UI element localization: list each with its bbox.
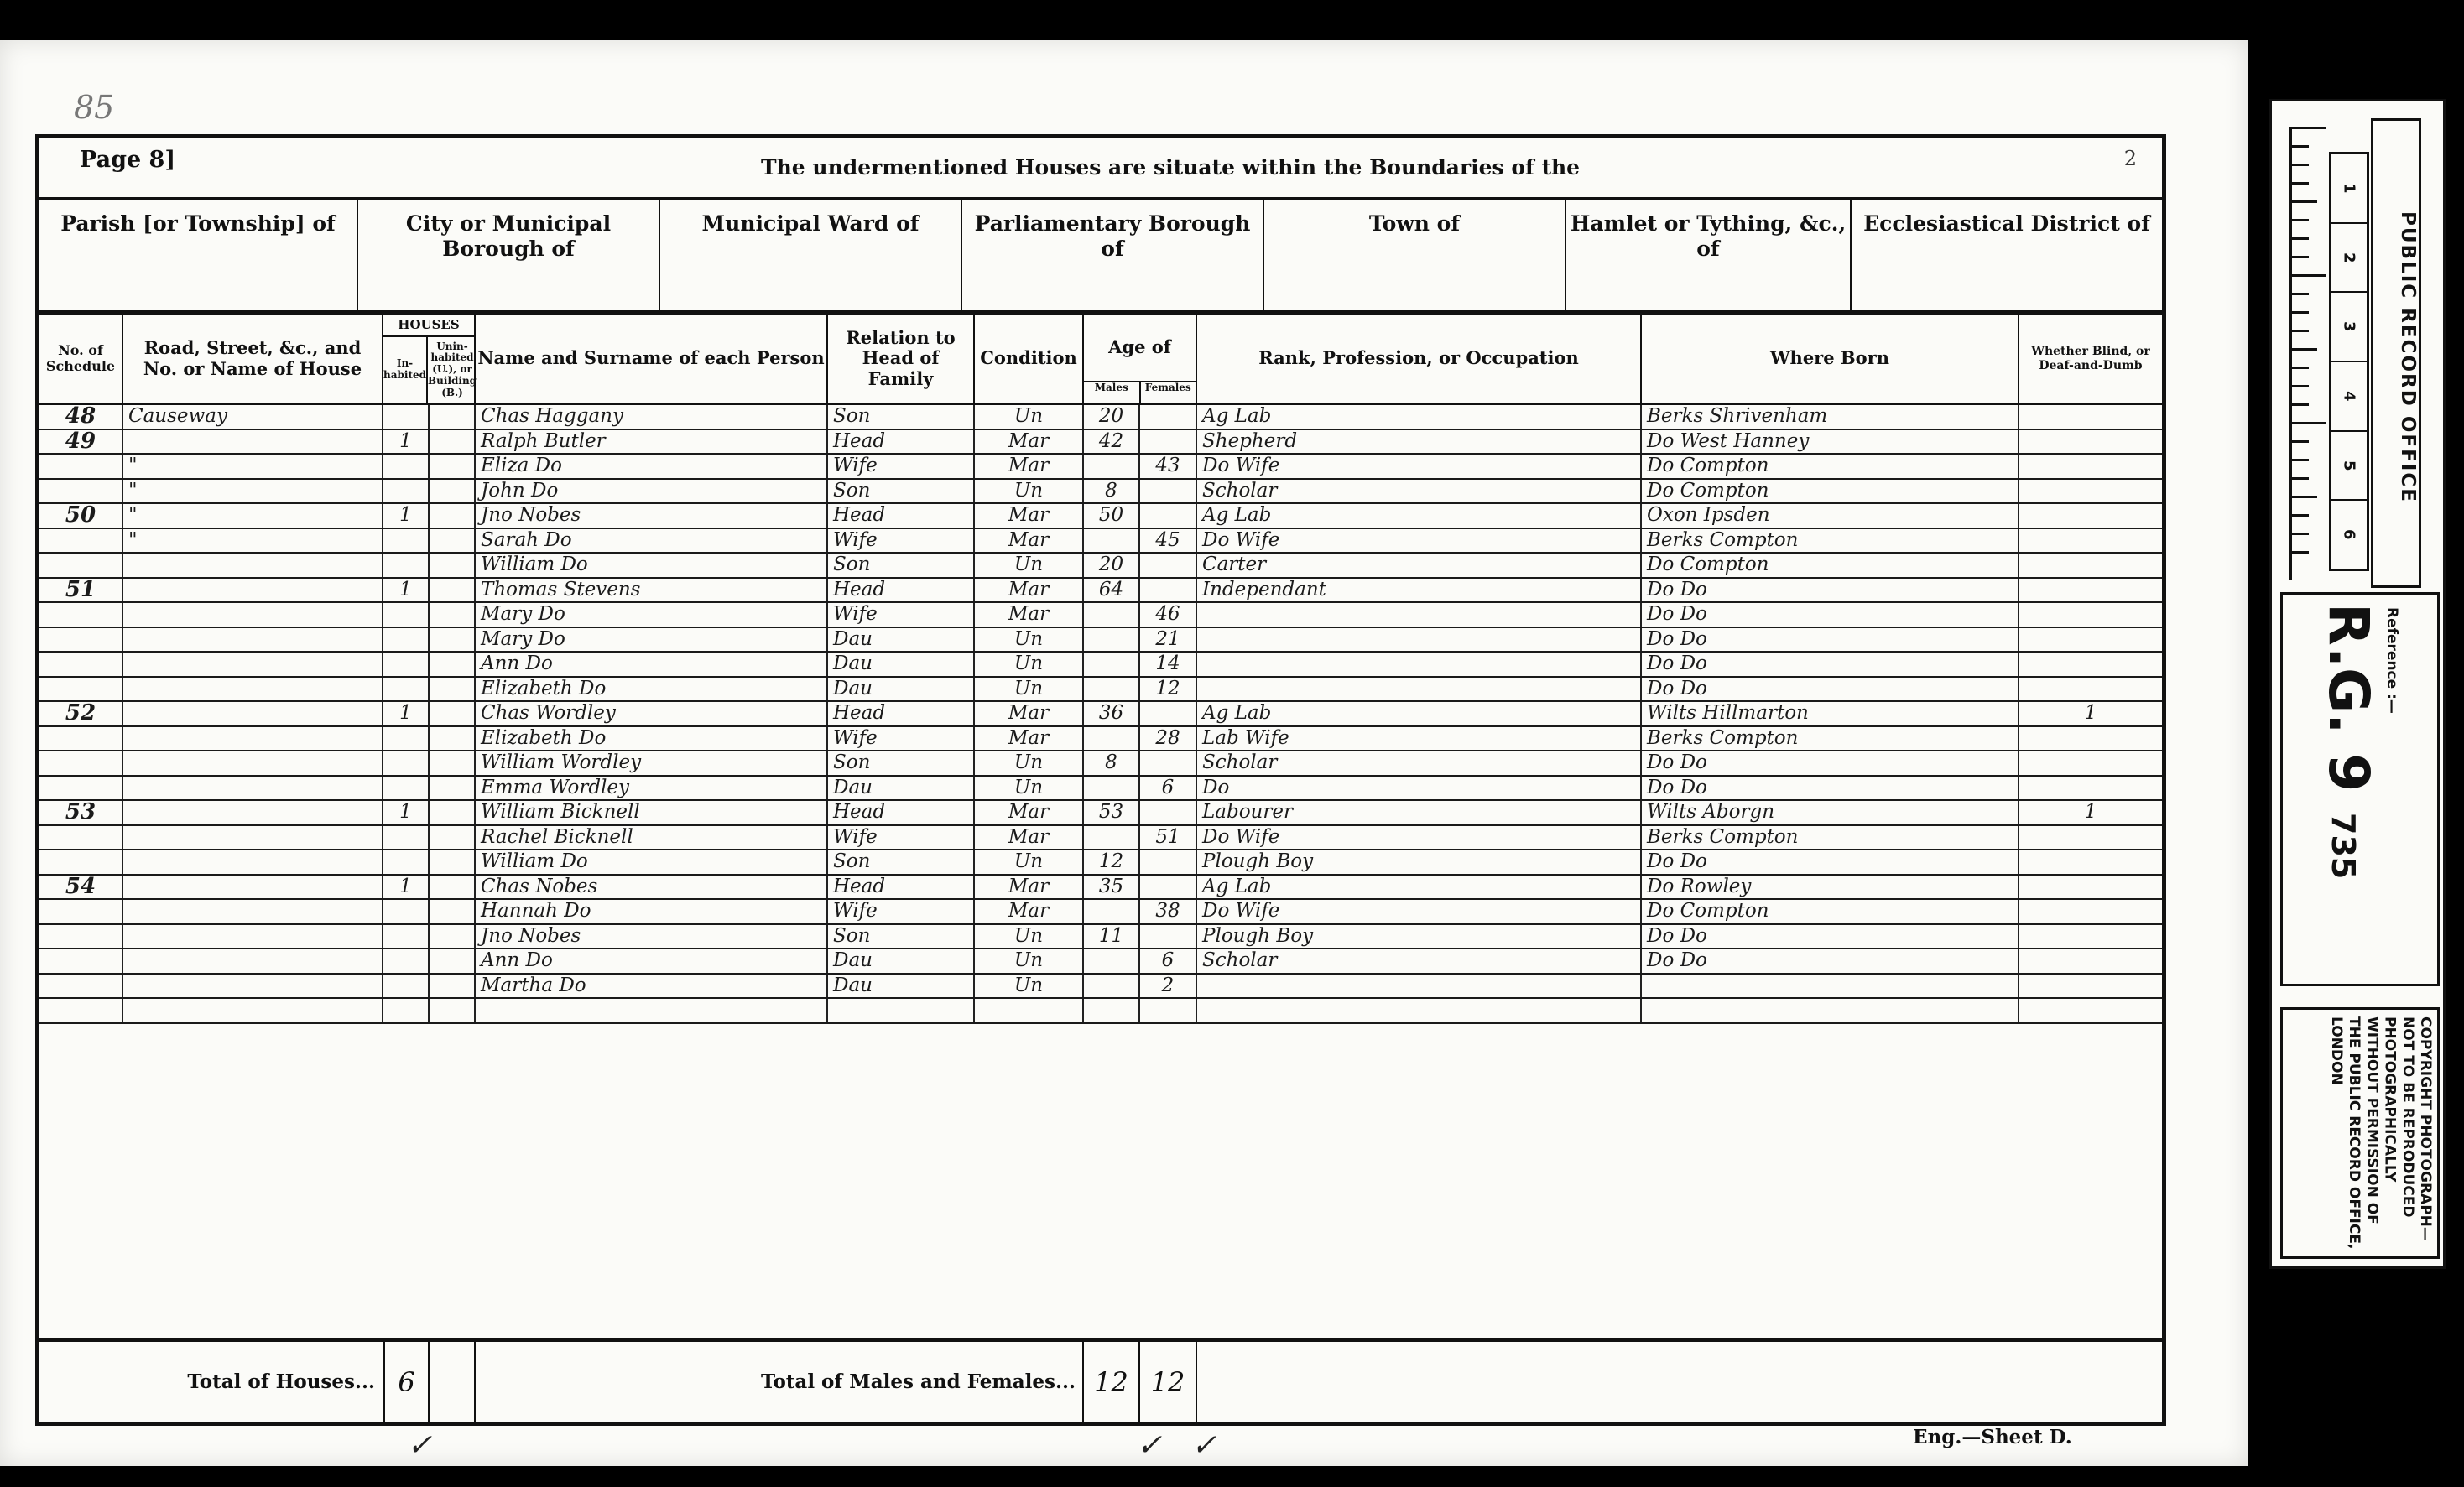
occupation-cell: Scholar (1197, 949, 1642, 973)
table-row: 521Chas WordleyHeadMar36Ag LabWilts Hill… (39, 702, 2162, 727)
condition-cell: Un (975, 653, 1084, 676)
road-cell (123, 653, 383, 676)
female-age-cell (1140, 405, 1197, 429)
blind-cell (2019, 529, 2162, 553)
inhabited-cell (383, 554, 430, 577)
relation-cell: Wife (828, 727, 975, 751)
schedule-cell: 51 (39, 579, 123, 602)
occupation-cell: Ag Lab (1197, 876, 1642, 899)
uninhabited-cell (430, 999, 476, 1022)
relation-cell: Wife (828, 900, 975, 923)
birthplace-cell: Do Rowley (1642, 876, 2019, 899)
inhabited-cell (383, 653, 430, 676)
blind-cell (2019, 430, 2162, 454)
male-age-cell (1084, 826, 1140, 850)
male-age-cell: 8 (1084, 480, 1140, 503)
name-cell (476, 999, 828, 1022)
scale-box: 5 (2331, 432, 2367, 502)
road-cell (123, 850, 383, 874)
ruler-tick (2292, 145, 2309, 148)
male-age-cell (1084, 455, 1140, 478)
female-age-cell (1140, 504, 1197, 528)
condition-cell: Mar (975, 876, 1084, 899)
road-cell (123, 430, 383, 454)
blind-cell (2019, 603, 2162, 627)
female-age-cell: 2 (1140, 975, 1197, 998)
ruler-tick (2292, 422, 2326, 424)
name-cell: Mary Do (476, 603, 828, 627)
schedule-cell: 50 (39, 504, 123, 528)
blind-cell (2019, 751, 2162, 775)
uninhabited-cell (430, 529, 476, 553)
ruler-tick (2292, 164, 2309, 166)
header-males: Males (1084, 382, 1141, 403)
female-age-cell: 45 (1140, 529, 1197, 553)
female-age-cell (1140, 751, 1197, 775)
uninhabited-cell (430, 554, 476, 577)
folio-mark: 85 (74, 89, 114, 126)
name-cell: Jno Nobes (476, 504, 828, 528)
male-age-cell: 35 (1084, 876, 1140, 899)
relation-cell: Dau (828, 678, 975, 701)
name-cell: Ralph Butler (476, 430, 828, 454)
name-cell: Ann Do (476, 949, 828, 973)
birthplace-cell: Do Do (1642, 925, 2019, 949)
condition-cell: Un (975, 925, 1084, 949)
birthplace-cell: Do Do (1642, 628, 2019, 652)
name-cell: Chas Nobes (476, 876, 828, 899)
header-females: Females (1141, 382, 1196, 403)
table-row: Mary DoDauUn21Do Do (39, 628, 2162, 653)
name-cell: Sarah Do (476, 529, 828, 553)
boundary-town: Town of (1264, 200, 1566, 310)
condition-cell: Un (975, 751, 1084, 775)
occupation-cell: Do Wife (1197, 455, 1642, 478)
inhabited-cell (383, 727, 430, 751)
condition-cell: Mar (975, 702, 1084, 725)
blind-cell (2019, 678, 2162, 701)
condition-cell: Mar (975, 801, 1084, 824)
uninhabited-cell (430, 455, 476, 478)
blind-cell (2019, 628, 2162, 652)
road-cell (123, 876, 383, 899)
ruler-tick (2292, 385, 2309, 387)
relation-cell: Wife (828, 603, 975, 627)
public-record-office-slip: 1 2 3 4 5 6 PUBLIC RECORD OFFICE Referen… (2269, 99, 2446, 1269)
census-table: No. of Schedule Road, Street, &c., and N… (39, 315, 2162, 1024)
checkmark: ✓ (1137, 1428, 1162, 1463)
reference-code: R.G. 9 (2316, 603, 2381, 792)
inhabited-cell: 1 (383, 430, 430, 454)
uninhabited-cell (430, 603, 476, 627)
schedule-cell (39, 999, 123, 1022)
inhabited-cell (383, 949, 430, 973)
ruler-tick (2292, 459, 2309, 461)
occupation-cell: Ag Lab (1197, 504, 1642, 528)
boundaries-row: Parish [or Township] of City or Municipa… (39, 197, 2162, 315)
relation-cell: Head (828, 504, 975, 528)
female-age-cell (1140, 480, 1197, 503)
female-age-cell: 21 (1140, 628, 1197, 652)
occupation-cell (1197, 975, 1642, 998)
name-cell: Elizabeth Do (476, 678, 828, 701)
male-age-cell: 50 (1084, 504, 1140, 528)
table-header: No. of Schedule Road, Street, &c., and N… (39, 315, 2162, 405)
ruler-tick (2292, 256, 2309, 258)
inhabited-cell (383, 455, 430, 478)
male-age-cell (1084, 678, 1140, 701)
schedule-cell: 49 (39, 430, 123, 454)
inhabited-cell (383, 480, 430, 503)
uninhabited-cell (430, 504, 476, 528)
female-age-cell (1140, 801, 1197, 824)
road-cell (123, 777, 383, 800)
female-age-cell: 12 (1140, 678, 1197, 701)
uninhabited-cell (430, 727, 476, 751)
occupation-cell: Do Wife (1197, 900, 1642, 923)
schedule-cell (39, 603, 123, 627)
condition-cell: Un (975, 975, 1084, 998)
relation-cell: Son (828, 554, 975, 577)
uninhabited-cell (430, 751, 476, 775)
blind-cell (2019, 850, 2162, 874)
table-row: William WordleySonUn8ScholarDo Do (39, 751, 2162, 777)
header-uninhabited: Unin-habited (U.), or Building (B.) (428, 337, 477, 403)
scale-box: 2 (2331, 224, 2367, 294)
ruler-tick (2292, 274, 2326, 277)
ruler-tick (2292, 127, 2326, 129)
relation-cell: Wife (828, 826, 975, 850)
occupation-cell (1197, 999, 1642, 1022)
relation-cell: Wife (828, 455, 975, 478)
census-form: Page 8] The undermentioned Houses are si… (35, 134, 2166, 1426)
birthplace-cell: Do Do (1642, 678, 2019, 701)
table-row: Hannah DoWifeMar38Do WifeDo Compton (39, 900, 2162, 925)
inhabited-cell: 1 (383, 801, 430, 824)
schedule-cell: 53 (39, 801, 123, 824)
ruler-tick (2292, 330, 2309, 332)
boundary-title: The undermentioned Houses are situate wi… (761, 155, 1580, 179)
table-row (39, 999, 2162, 1024)
blind-cell (2019, 949, 2162, 973)
relation-cell: Dau (828, 975, 975, 998)
schedule-cell (39, 727, 123, 751)
ruler-tick (2292, 200, 2317, 203)
schedule-cell (39, 480, 123, 503)
female-age-cell: 6 (1140, 949, 1197, 973)
inhabited-cell (383, 678, 430, 701)
name-cell: Emma Wordley (476, 777, 828, 800)
total-males-value: 12 (1084, 1342, 1140, 1422)
schedule-cell (39, 455, 123, 478)
condition-cell: Un (975, 405, 1084, 429)
road-cell (123, 999, 383, 1022)
name-cell: Thomas Stevens (476, 579, 828, 602)
road-cell (123, 554, 383, 577)
road-cell: " (123, 480, 383, 503)
male-age-cell: 53 (1084, 801, 1140, 824)
scale-box: 4 (2331, 362, 2367, 432)
ruler-tick (2292, 551, 2309, 554)
total-houses-label: Total of Houses... (39, 1342, 383, 1422)
birthplace-cell: Do West Hanney (1642, 430, 2019, 454)
ruler-tick (2292, 403, 2309, 406)
road-cell (123, 579, 383, 602)
ruler-tick (2292, 293, 2309, 295)
boundary-parliamentary-borough: Parliamentary Borough of (962, 200, 1264, 310)
relation-cell: Son (828, 751, 975, 775)
occupation-cell (1197, 678, 1642, 701)
road-cell (123, 949, 383, 973)
relation-cell: Son (828, 405, 975, 429)
condition-cell: Un (975, 554, 1084, 577)
blind-cell (2019, 925, 2162, 949)
blind-cell (2019, 554, 2162, 577)
relation-cell: Dau (828, 628, 975, 652)
ruler-tick (2292, 311, 2309, 314)
total-uninhabited-value (430, 1342, 476, 1422)
inhabited-cell: 1 (383, 504, 430, 528)
road-cell (123, 603, 383, 627)
occupation-cell: Ag Lab (1197, 405, 1642, 429)
inhabited-cell (383, 925, 430, 949)
road-cell (123, 925, 383, 949)
birthplace-cell: Do Compton (1642, 455, 2019, 478)
road-cell (123, 678, 383, 701)
birthplace-cell: Do Do (1642, 653, 2019, 676)
condition-cell: Mar (975, 900, 1084, 923)
birthplace-cell: Do Compton (1642, 554, 2019, 577)
name-cell: Eliza Do (476, 455, 828, 478)
schedule-cell (39, 678, 123, 701)
ruler-tick (2292, 367, 2309, 369)
blind-cell (2019, 777, 2162, 800)
name-cell: Elizabeth Do (476, 727, 828, 751)
corner-mark: 2 (2124, 147, 2137, 170)
inhabited-cell (383, 826, 430, 850)
birthplace-cell: Do Do (1642, 850, 2019, 874)
name-cell: William Do (476, 850, 828, 874)
occupation-cell: Labourer (1197, 801, 1642, 824)
ruler-tick (2292, 182, 2309, 185)
inhabited-cell (383, 999, 430, 1022)
header-occupation: Rank, Profession, or Occupation (1197, 315, 1642, 403)
condition-cell: Mar (975, 603, 1084, 627)
name-cell: William Wordley (476, 751, 828, 775)
relation-cell: Dau (828, 949, 975, 973)
name-cell: Ann Do (476, 653, 828, 676)
reference-number: 735 (2325, 813, 2362, 879)
header-houses: HOUSES In-habited Unin-habited (U.), or … (383, 315, 476, 403)
schedule-cell (39, 554, 123, 577)
birthplace-cell: Berks Shrivenham (1642, 405, 2019, 429)
birthplace-cell: Do Do (1642, 777, 2019, 800)
female-age-cell (1140, 579, 1197, 602)
road-cell: " (123, 455, 383, 478)
table-row: Elizabeth DoWifeMar28Lab WifeBerks Compt… (39, 727, 2162, 752)
occupation-cell: Plough Boy (1197, 925, 1642, 949)
road-cell (123, 628, 383, 652)
table-row: William DoSonUn20CarterDo Compton (39, 554, 2162, 579)
totals-row: Total of Houses... 6 Total of Males and … (39, 1338, 2162, 1422)
slip-title: PUBLIC RECORD OFFICE (2371, 118, 2421, 588)
schedule-cell (39, 529, 123, 553)
road-cell (123, 751, 383, 775)
birthplace-cell: Do Compton (1642, 480, 2019, 503)
inhabited-cell (383, 777, 430, 800)
schedule-cell: 48 (39, 405, 123, 429)
name-cell: John Do (476, 480, 828, 503)
female-age-cell (1140, 999, 1197, 1022)
male-age-cell: 20 (1084, 554, 1140, 577)
uninhabited-cell (430, 850, 476, 874)
census-page: 85 Page 8] The undermentioned Houses are… (0, 40, 2248, 1466)
blind-cell (2019, 579, 2162, 602)
inhabited-cell: 1 (383, 876, 430, 899)
female-age-cell (1140, 554, 1197, 577)
header-schedule: No. of Schedule (39, 315, 123, 403)
occupation-cell: Carter (1197, 554, 1642, 577)
occupation-cell (1197, 653, 1642, 676)
table-row: 50"1Jno NobesHeadMar50Ag LabOxon Ipsden (39, 504, 2162, 529)
ruler-tick (2292, 514, 2309, 517)
uninhabited-cell (430, 702, 476, 725)
female-age-cell: 38 (1140, 900, 1197, 923)
male-age-cell: 64 (1084, 579, 1140, 602)
relation-cell: Wife (828, 529, 975, 553)
male-age-cell (1084, 900, 1140, 923)
blind-cell: 1 (2019, 801, 2162, 824)
blind-cell (2019, 653, 2162, 676)
header-condition: Condition (975, 315, 1084, 403)
table-row: Ann DoDauUn6ScholarDo Do (39, 949, 2162, 975)
uninhabited-cell (430, 480, 476, 503)
table-row: Emma WordleyDauUn6DoDo Do (39, 777, 2162, 802)
ruler-tick (2292, 496, 2317, 498)
occupation-cell (1197, 603, 1642, 627)
name-cell: William Bicknell (476, 801, 828, 824)
occupation-cell (1197, 628, 1642, 652)
occupation-cell: Do Wife (1197, 826, 1642, 850)
birthplace-cell: Berks Compton (1642, 826, 2019, 850)
checkmark: ✓ (407, 1428, 432, 1463)
occupation-cell: Ag Lab (1197, 702, 1642, 725)
birthplace-cell: Wilts Aborgn (1642, 801, 2019, 824)
header-blind: Whether Blind, or Deaf-and-Dumb (2019, 315, 2162, 403)
blind-cell (2019, 876, 2162, 899)
page-label: Page 8] (80, 147, 175, 173)
birthplace-cell: Oxon Ipsden (1642, 504, 2019, 528)
schedule-cell (39, 975, 123, 998)
table-row: "John DoSonUn8ScholarDo Compton (39, 480, 2162, 505)
total-persons-label: Total of Males and Females... (476, 1342, 1084, 1422)
inhabited-cell (383, 751, 430, 775)
condition-cell: Mar (975, 529, 1084, 553)
reference-label: Reference :— (2383, 607, 2400, 714)
road-cell: Causeway (123, 405, 383, 429)
table-row: Rachel BicknellWifeMar51Do WifeBerks Com… (39, 826, 2162, 851)
birthplace-cell: Berks Compton (1642, 529, 2019, 553)
header-houses-title: HOUSES (383, 315, 474, 337)
male-age-cell: 12 (1084, 850, 1140, 874)
table-row: "Eliza DoWifeMar43Do WifeDo Compton (39, 455, 2162, 480)
blind-cell (2019, 826, 2162, 850)
ruler-tick (2292, 533, 2309, 535)
female-age-cell: 28 (1140, 727, 1197, 751)
schedule-cell: 54 (39, 876, 123, 899)
condition-cell: Un (975, 850, 1084, 874)
condition-cell (975, 999, 1084, 1022)
inhabited-cell: 1 (383, 579, 430, 602)
inhabited-cell (383, 405, 430, 429)
boundary-municipal-ward: Municipal Ward of (660, 200, 962, 310)
name-cell: William Do (476, 554, 828, 577)
occupation-cell: Independant (1197, 579, 1642, 602)
uninhabited-cell (430, 653, 476, 676)
header-age-title: Age of (1084, 315, 1196, 382)
table-row: 511Thomas StevensHeadMar64IndependantDo … (39, 579, 2162, 604)
condition-cell: Un (975, 949, 1084, 973)
blind-cell: 1 (2019, 702, 2162, 725)
schedule-cell (39, 925, 123, 949)
header-relation: Relation to Head of Family (828, 315, 975, 403)
inhabited-cell (383, 850, 430, 874)
uninhabited-cell (430, 628, 476, 652)
boundary-ecclesiastical-district: Ecclesiastical District of (1852, 200, 2162, 310)
table-row: 541Chas NobesHeadMar35Ag LabDo Rowley (39, 876, 2162, 901)
uninhabited-cell (430, 975, 476, 998)
boundary-parish: Parish [or Township] of (39, 200, 358, 310)
uninhabited-cell (430, 430, 476, 454)
table-row: 491Ralph ButlerHeadMar42ShepherdDo West … (39, 430, 2162, 455)
blind-cell (2019, 455, 2162, 478)
schedule-cell (39, 751, 123, 775)
relation-cell: Head (828, 801, 975, 824)
occupation-cell: Lab Wife (1197, 727, 1642, 751)
road-cell (123, 900, 383, 923)
birthplace-cell: Wilts Hillmarton (1642, 702, 2019, 725)
relation-cell: Dau (828, 653, 975, 676)
road-cell (123, 826, 383, 850)
inhabited-cell (383, 529, 430, 553)
schedule-cell (39, 653, 123, 676)
header-inhabited: In-habited (383, 337, 428, 403)
condition-cell: Un (975, 678, 1084, 701)
condition-cell: Un (975, 777, 1084, 800)
header-road: Road, Street, &c., and No. or Name of Ho… (123, 315, 383, 403)
relation-cell: Head (828, 579, 975, 602)
inhabited-cell: 1 (383, 702, 430, 725)
ruler-tick (2292, 440, 2309, 443)
uninhabited-cell (430, 801, 476, 824)
road-cell (123, 975, 383, 998)
inhabited-cell (383, 900, 430, 923)
header-where-born: Where Born (1642, 315, 2019, 403)
boundary-hamlet: Hamlet or Tything, &c., of (1566, 200, 1852, 310)
table-row: Jno NobesSonUn11Plough BoyDo Do (39, 925, 2162, 950)
totals-blank (1197, 1342, 2162, 1422)
male-age-cell: 8 (1084, 751, 1140, 775)
male-age-cell (1084, 628, 1140, 652)
ruler-tick (2292, 477, 2309, 480)
schedule-cell: 52 (39, 702, 123, 725)
schedule-cell (39, 900, 123, 923)
relation-cell: Son (828, 850, 975, 874)
condition-cell: Un (975, 628, 1084, 652)
condition-cell: Mar (975, 455, 1084, 478)
name-cell: Rachel Bicknell (476, 826, 828, 850)
uninhabited-cell (430, 900, 476, 923)
